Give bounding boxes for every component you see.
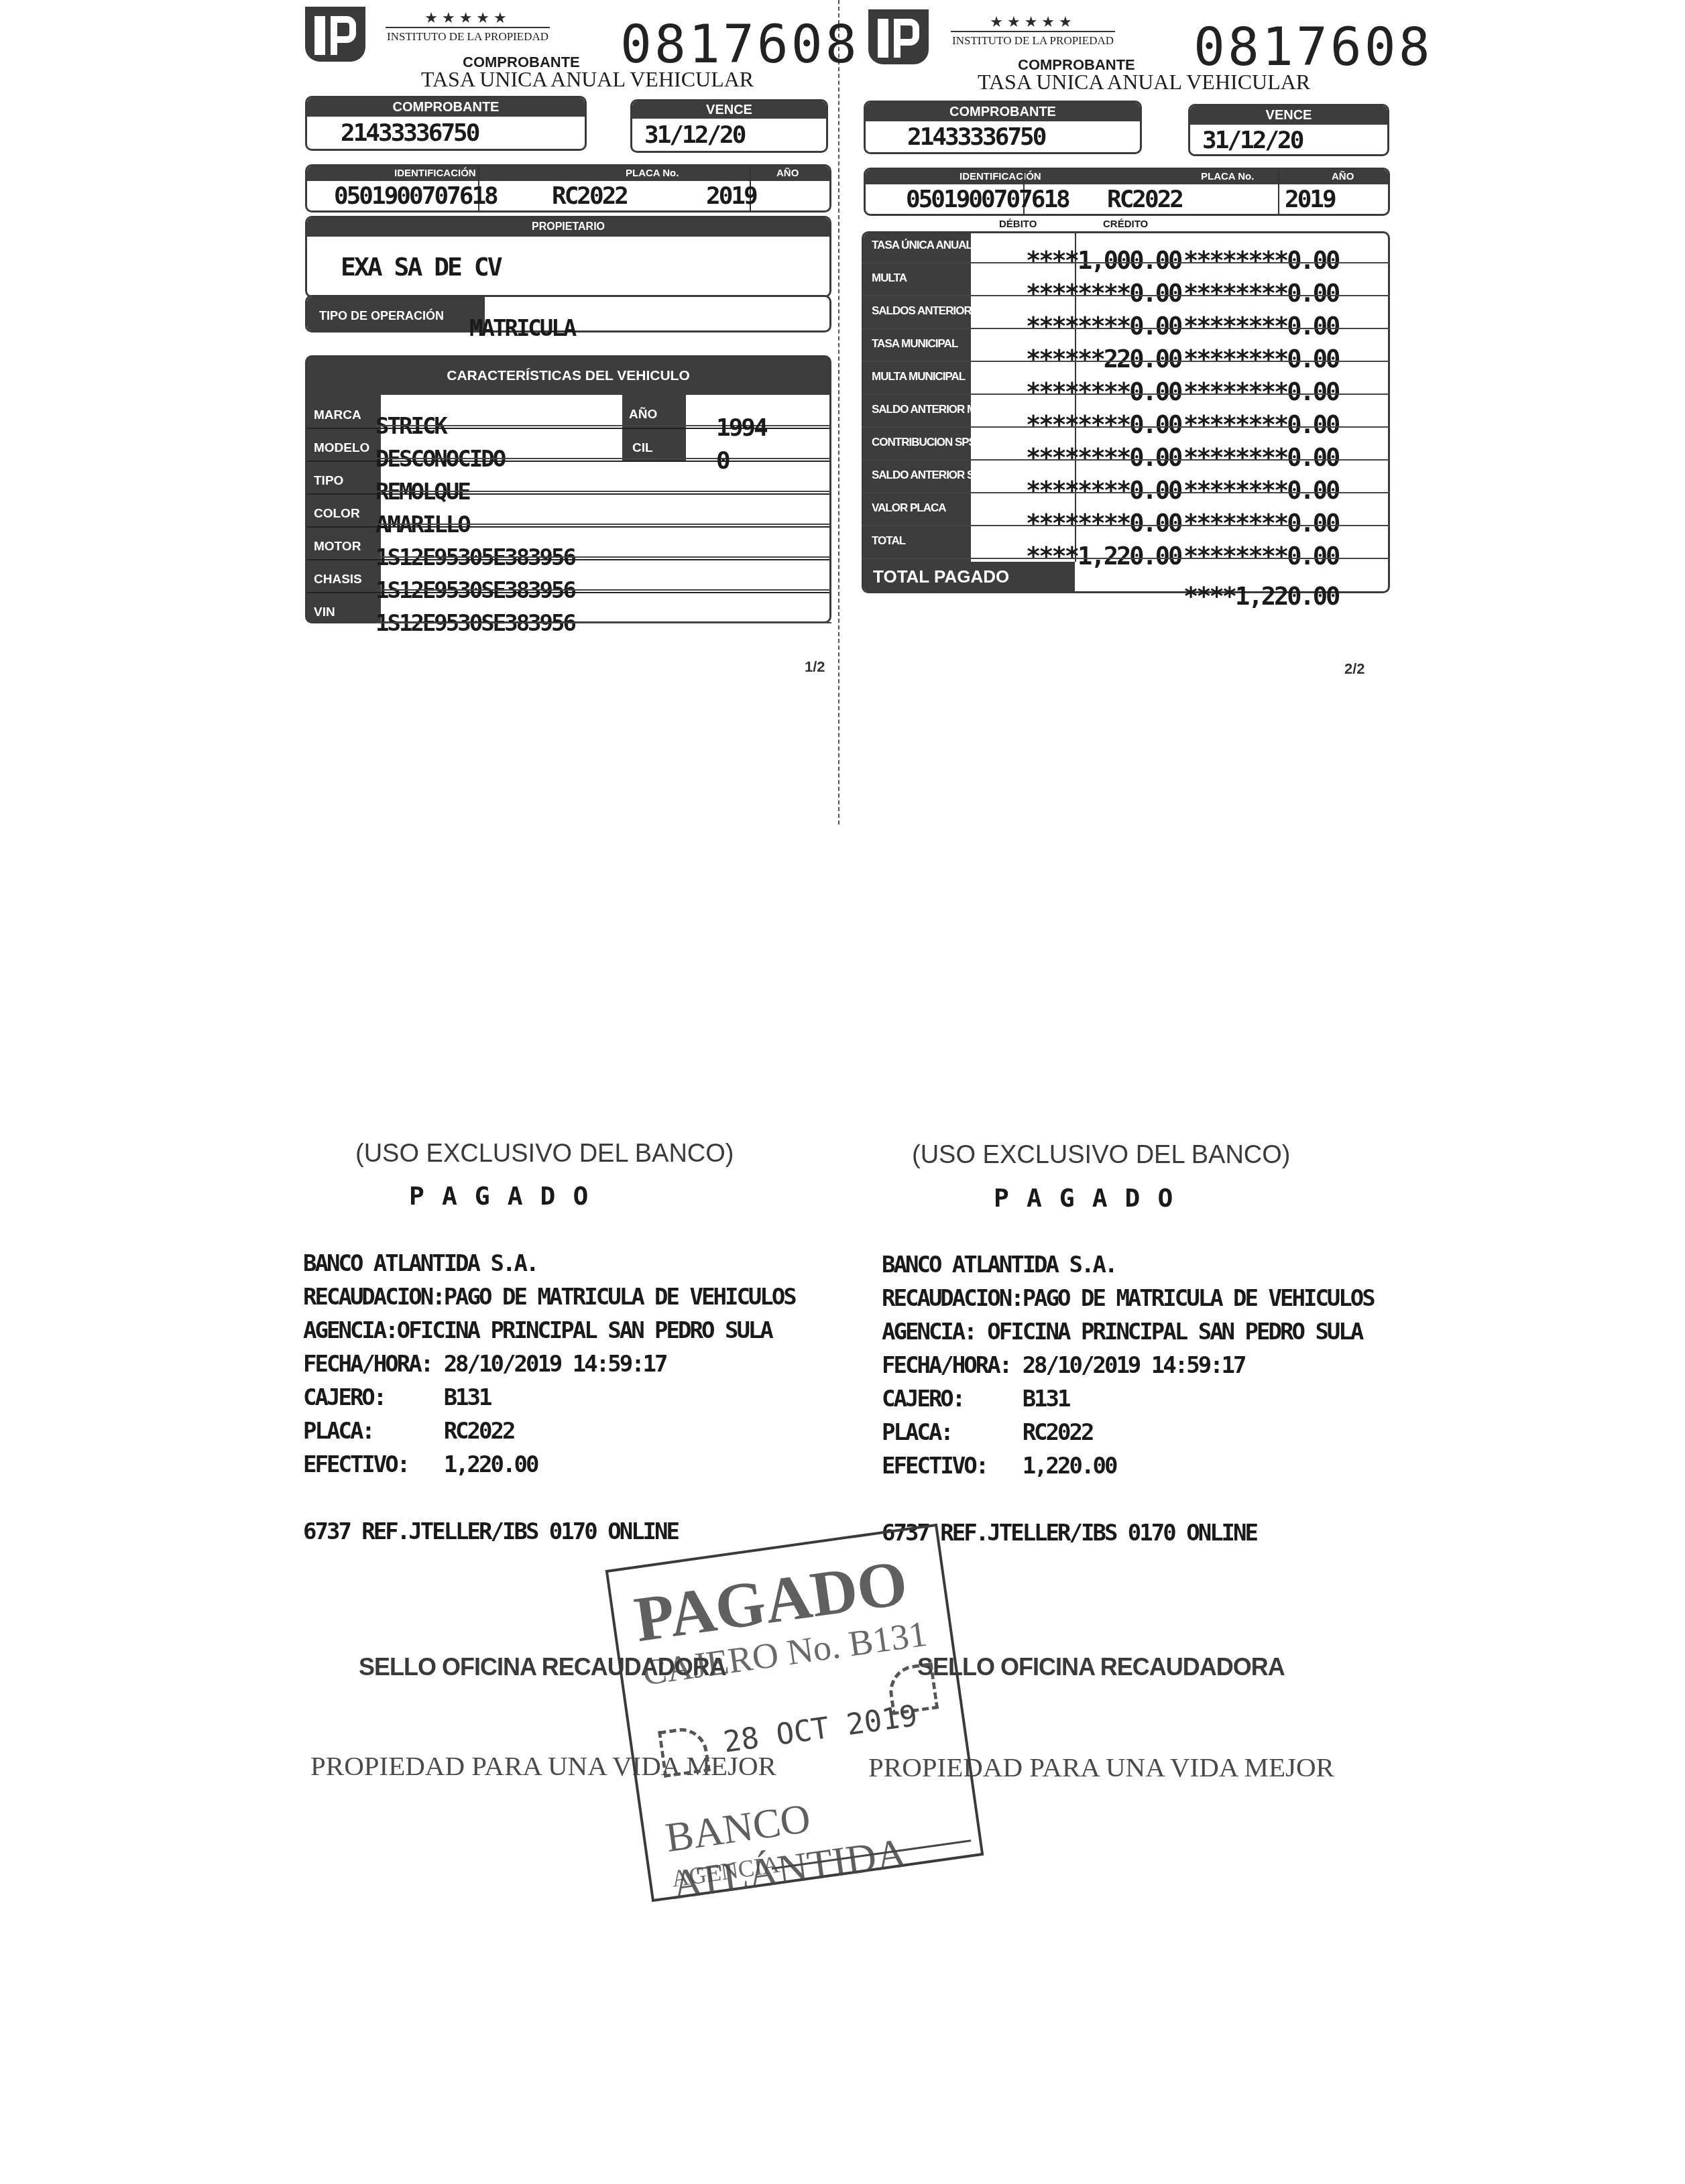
debito-value: ********0.00 (1026, 509, 1181, 538)
serial-number-right: 0817608 (1194, 17, 1433, 78)
field-value-color: AMARILLO (375, 511, 469, 538)
institution-block-left: ★★★★★ INSTITUTO DE LA PROPIEDAD (386, 9, 550, 44)
identificacion-box-right: IDENTIFICACIÓN PLACA No. AÑO 05019007076… (864, 168, 1390, 216)
vence-box: VENCE 31/12/20 (630, 99, 828, 153)
charge-label: CONTRIBUCION SPS SIGLO XXI (872, 436, 1029, 449)
placa-value: RC2022 (552, 181, 627, 212)
comprobante-value: 21433336750 (307, 117, 585, 150)
debito-value: ********0.00 (1026, 279, 1181, 308)
field-label-vin: VIN (314, 605, 335, 620)
credito-value: ********0.00 (1183, 542, 1338, 570)
stars-icon: ★★★★★ (386, 9, 550, 27)
pagado-right: PAGADO (994, 1183, 1190, 1213)
total-pagado-value: ****1,220.00 (1183, 582, 1338, 611)
reference-left: 6737 REF.JTELLER/IBS 0170 ONLINE (303, 1515, 678, 1549)
receipt-line: CAJERO: B131 (303, 1381, 795, 1414)
bank-receipt-right: BANCO ATLANTIDA S.A.RECAUDACION:PAGO DE … (882, 1248, 1374, 1483)
page-number-left: 1/2 (805, 658, 825, 676)
paid-stamp: PAGADO CAJERO No. B131 28 OCT 2019 BANCO… (605, 1524, 984, 1902)
charge-label: MULTA (872, 271, 907, 285)
receipt-line: EFECTIVO: 1,220.00 (303, 1448, 795, 1481)
identificacion-box: IDENTIFICACIÓN PLACA No. AÑO 05019007076… (305, 164, 831, 213)
charge-label: SALDOS ANTERIORES (872, 304, 985, 318)
institution-block-right: ★★★★★ INSTITUTO DE LA PROPIEDAD (951, 13, 1115, 48)
vence-box-right: VENCE 31/12/20 (1188, 104, 1389, 156)
vehicle-year: 1994 (716, 414, 766, 442)
tipo-operacion-value: MATRICULA (469, 315, 575, 342)
debito-value: ******220.00 (1026, 345, 1181, 373)
ano-value: 2019 (706, 181, 756, 212)
receipt-line: FECHA/HORA: 28/10/2019 14:59:17 (303, 1347, 795, 1381)
credito-value: ********0.00 (1183, 509, 1338, 538)
debito-header: DÉBITO (999, 219, 1037, 230)
field-value-chasis: 1S12E9530SE383956 (375, 577, 575, 604)
document-title: TASA UNICA ANUAL VEHICULAR (421, 67, 754, 92)
uso-exclusivo-right: (USO EXCLUSIVO DEL BANCO) (912, 1141, 1291, 1170)
receipt-line: FECHA/HORA: 28/10/2019 14:59:17 (882, 1349, 1374, 1382)
receipt-line: PLACA: RC2022 (303, 1414, 795, 1448)
field-value-modelo: DESCONOCIDO (375, 446, 504, 473)
charge-label: TOTAL (872, 534, 905, 548)
charge-label: SALDO ANTERIOR SIGLO XXI (872, 469, 1018, 482)
debito-value: ****1,220.00 (1026, 542, 1181, 570)
page-number-right: 2/2 (1344, 660, 1365, 678)
field-label-tipo: TIPO (314, 474, 343, 489)
receipt-line: RECAUDACION:PAGO DE MATRICULA DE VEHICUL… (303, 1280, 795, 1314)
total-pagado-label: TOTAL PAGADO (873, 566, 1009, 587)
credito-value: ********0.00 (1183, 345, 1338, 373)
receipt-line: CAJERO: B131 (882, 1382, 1374, 1416)
field-value-marca: STRICK (375, 413, 446, 440)
debito-value: ********0.00 (1026, 410, 1181, 439)
ip-logo-icon-right (868, 9, 929, 64)
charge-label: TASA ÚNICA ANUAL (872, 239, 972, 252)
credito-value: ********0.00 (1183, 312, 1338, 341)
bank-receipt-left: BANCO ATLANTIDA S.A.RECAUDACION:PAGO DE … (303, 1247, 795, 1481)
propietario-box: PROPIETARIO EXA SA DE CV (305, 216, 831, 298)
identificacion-value: 0501900707618 (334, 181, 497, 212)
ip-logo-icon (305, 7, 365, 62)
charge-label: VALOR PLACA (872, 501, 946, 515)
receipt-line: AGENCIA: OFICINA PRINCIPAL SAN PEDRO SUL… (882, 1315, 1374, 1349)
debito-value: ********0.00 (1026, 476, 1181, 505)
serial-number: 0817608 (620, 15, 860, 75)
comprobante-box-right: COMPROBANTE 21433336750 (864, 101, 1142, 154)
pagado-left: PAGADO (409, 1181, 605, 1211)
credito-value: ********0.00 (1183, 476, 1338, 505)
charge-label: MULTA MUNICIPAL (872, 370, 965, 383)
comprobante-box: COMPROBANTE 21433336750 (305, 96, 587, 151)
field-value-tipo: REMOLQUE (375, 479, 469, 505)
charge-label: SALDO ANTERIOR MUNICIPAL (872, 403, 1023, 416)
credito-header: CRÉDITO (1103, 219, 1148, 230)
propietario-value: EXA SA DE CV (307, 237, 829, 297)
field-label-color: COLOR (314, 507, 360, 522)
credito-value: ********0.00 (1183, 246, 1338, 275)
receipt-line: AGENCIA:OFICINA PRINCIPAL SAN PEDRO SULA (303, 1314, 795, 1347)
field-value-motor: 1S12E95305E383956 (375, 544, 575, 571)
institution-name: INSTITUTO DE LA PROPIEDAD (386, 27, 550, 44)
vence-value: 31/12/20 (632, 119, 826, 152)
receipt-line: PLACA: RC2022 (882, 1416, 1374, 1449)
credito-value: ********0.00 (1183, 443, 1338, 472)
field-label-motor: MOTOR (314, 540, 361, 554)
debito-value: ********0.00 (1026, 312, 1181, 341)
sello-right: SELLO OFICINA RECAUDADORA (917, 1653, 1285, 1681)
receipt-line: BANCO ATLANTIDA S.A. (882, 1248, 1374, 1282)
credito-value: ********0.00 (1183, 279, 1338, 308)
debito-value: ********0.00 (1026, 443, 1181, 472)
field-label-chasis: CHASIS (314, 572, 362, 587)
receipt-line: EFECTIVO: 1,220.00 (882, 1449, 1374, 1483)
vehicle-cil: 0 (716, 447, 729, 475)
debito-value: ****1,000.00 (1026, 246, 1181, 275)
field-label-marca: MARCA (314, 408, 361, 423)
field-label-modelo: MODELO (314, 441, 369, 456)
stamp-bank: BANCO ATLÁNTIDA (662, 1772, 982, 1910)
debito-value: ********0.00 (1026, 377, 1181, 406)
stamp-date: 28 OCT 2019 (721, 1699, 920, 1760)
credito-value: ********0.00 (1183, 377, 1338, 406)
receipt-line: RECAUDACION:PAGO DE MATRICULA DE VEHICUL… (882, 1282, 1374, 1315)
credito-value: ********0.00 (1183, 410, 1338, 439)
receipt-line: BANCO ATLANTIDA S.A. (303, 1247, 795, 1280)
uso-exclusivo-left: (USO EXCLUSIVO DEL BANCO) (355, 1140, 734, 1168)
perforation-separator (838, 0, 839, 825)
field-value-vin: 1S12E9530SE383956 (375, 610, 575, 637)
charge-label: TASA MUNICIPAL (872, 337, 957, 351)
bank-logo-icon (658, 1725, 711, 1778)
